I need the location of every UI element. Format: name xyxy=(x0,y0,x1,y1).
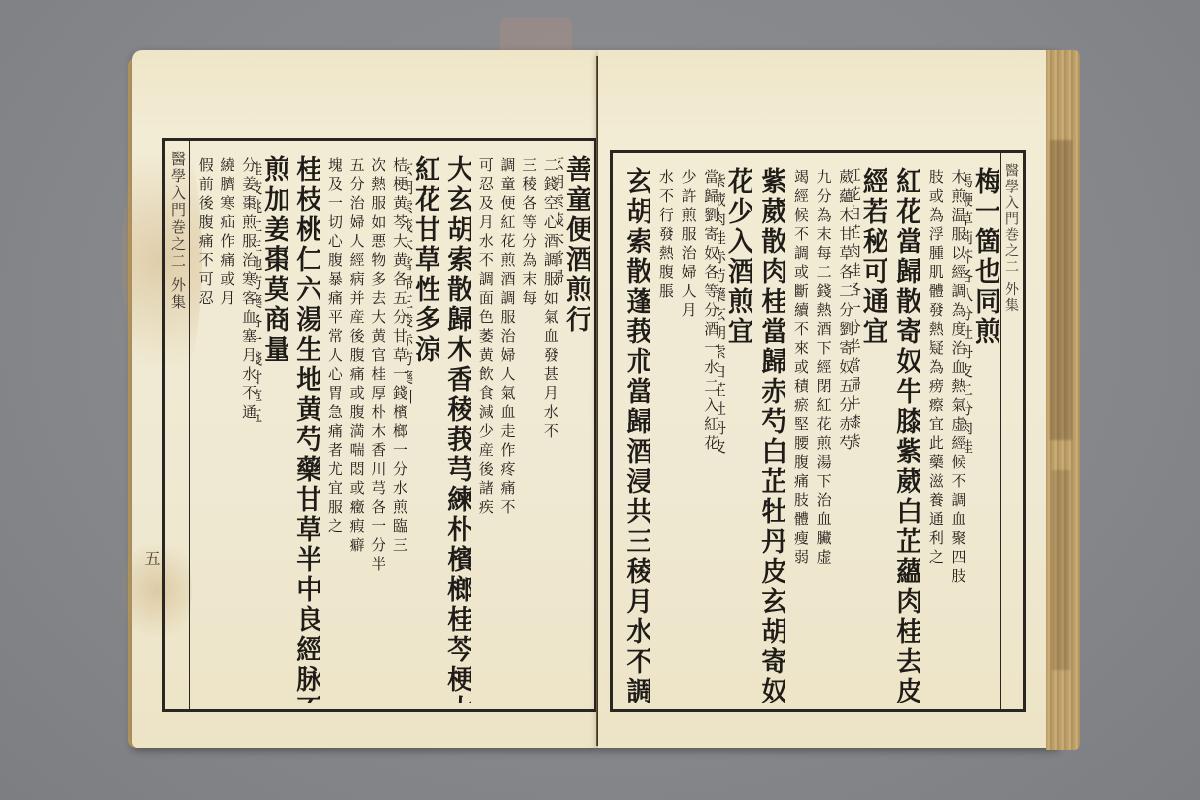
text-column: 水不行發熱腹脹 xyxy=(650,159,673,703)
column-note-text: 紅花白芷肉桂各一分半當歸牛膝紫 xyxy=(853,167,860,703)
text-column: 木煎温服以經調為度治血熱氣虚經候不調血聚四肢 xyxy=(943,159,966,703)
text-column: 紅花當歸散寄奴牛膝紫葳白芷蘊肉桂去皮甘草芍月 xyxy=(887,159,921,703)
column-main-text: 善童便酒煎行 xyxy=(563,155,590,703)
column-note-text: 分姜棗煎服治寒客血塞月水不通 xyxy=(241,157,256,703)
column-main-text: 紅花當歸散寄奴牛膝紫葳白芷蘊肉桂去皮甘草芍月 xyxy=(893,167,920,703)
column-note-text: 當歸劉寄奴各等分酒一水二入紅花 xyxy=(703,169,718,703)
text-column: 少許煎服治婦人月 xyxy=(673,159,696,703)
column-note-text: 水不行發熱腹脹 xyxy=(658,169,673,703)
text-column: 三稜各等分為末每 xyxy=(515,147,537,703)
text-column: 紫葳散肉桂當歸赤芍白芷牡丹皮玄胡寄奴皆等分紅 xyxy=(752,159,786,703)
text-column: 九分為末每二錢熱酒下經閉紅花煎湯下治血臟虚 xyxy=(808,159,831,703)
column-note-text: 繞臍寒疝作痛或月 xyxy=(219,157,234,703)
text-column: 肢或為浮腫肌體發熱疑為痨瘵宜此藥滋養通利之 xyxy=(920,159,943,703)
text-column: 二錢空心酒調服如氣血發甚月水不 xyxy=(536,147,558,703)
left-page-number: 五 xyxy=(140,550,163,566)
column-note-text: 可忍及月水不調面色萎黄飲食減少産後諸疾 xyxy=(478,157,493,703)
column-note-text: 假前後腹痛不可忍 xyxy=(198,157,213,703)
column-note-text: 玄胡索莪木當帰 xyxy=(558,155,563,703)
text-column: 假前後腹痛不可忍 xyxy=(191,147,213,703)
right-page-frame: 醫學入門巻之二 外集 梅一箇也同煎馬鞭草荊芥各八分牡丹皮二分肉桂木煎温服以經調為… xyxy=(610,150,1026,712)
column-note-text: 少許煎服治婦人月 xyxy=(681,169,696,703)
left-page: 醫學入門巻之二 外集 善童便酒煎行玄胡索莪木當帰二錢空心酒調服如氣血發甚月水不三… xyxy=(132,50,598,748)
column-note-text: 竭經候不調或斷續不來或積瘀堅腰腹痛肢體瘦弱 xyxy=(793,169,808,703)
column-main-text: 紫葳散肉桂當歸赤芍白芷牡丹皮玄胡寄奴皆等分紅 xyxy=(758,167,785,703)
text-column: 善童便酒煎行玄胡索莪木當帰 xyxy=(558,147,590,703)
left-page-frame: 醫學入門巻之二 外集 善童便酒煎行玄胡索莪木當帰二錢空心酒調服如氣血發甚月水不三… xyxy=(162,138,596,712)
text-column: 大玄胡索散歸木香稜莪芎練朴檳榔桂芩梗大黄藥 xyxy=(439,147,471,703)
left-page-text: 善童便酒煎行玄胡索莪木當帰二錢空心酒調服如氣血發甚月水不三稜各等分為末每調童便紅… xyxy=(191,147,590,703)
column-note-text: 木煎温服以經調為度治血熱氣虚經候不調血聚四肢 xyxy=(950,169,965,703)
text-column: 經若秘可通宜紅花白芷肉桂各一分半當歸牛膝紫 xyxy=(853,159,887,703)
text-column: 煎加姜棗莫商量桂枝桃仁生地芍藥各一錢甘草五 xyxy=(256,147,288,703)
column-main-text: 花少入酒煎宜 xyxy=(725,167,752,703)
text-column: 紅花甘草性多涼玄胡索莪木當帰三稜赤芍藥川 xyxy=(407,147,439,703)
column-main-text: 桂枝桃仁六湯生地黄芍藥甘草半中良經脉不通繞臍痛 xyxy=(293,155,320,703)
column-note-text: 葳蘊木甘草各二分劉寄奴五分赤芍 xyxy=(838,169,853,703)
text-column: 繞臍寒疝作痛或月 xyxy=(213,147,235,703)
column-main-text: 煎加姜棗莫商量 xyxy=(261,155,288,703)
column-note-text: 塊及一切心腹暴痛平常人心胃急痛者尤宜服之 xyxy=(327,157,342,703)
text-column: 花少入酒煎宜紫葳肉桂赤芍藥玄胡索白芷牡丹皮 xyxy=(718,159,752,703)
column-note-text: 三稜各等分為末每 xyxy=(521,157,536,703)
column-note-text: 玄胡索莪木當帰三稜赤芍藥川 xyxy=(407,155,412,703)
column-note-text: 次熱服如悪物多去大黄官桂厚朴木香川芎各一分半 xyxy=(370,157,385,703)
column-note-text: 五分治婦人經病并産後腹痛或腹満喘悶或癥瘕癖 xyxy=(349,157,364,703)
column-note-text: 肢或為浮腫肌體發熱疑為痨瘵宜此藥滋養通利之 xyxy=(928,169,943,703)
column-main-text: 玄胡索散蓬莪朮當歸酒浸共三稜月水不調紅花使更 xyxy=(623,167,650,703)
left-margin-title: 醫學入門巻之二 外集 xyxy=(167,143,189,707)
right-page-edge xyxy=(1046,50,1080,750)
text-column: 分姜棗煎服治寒客血塞月水不通 xyxy=(234,147,256,703)
column-note-text: 馬鞭草荊芥各八分牡丹皮二分肉桂 xyxy=(965,167,972,703)
right-page-text: 梅一箇也同煎馬鞭草荊芥各八分牡丹皮二分肉桂木煎温服以經調為度治血熱氣虚經候不調血… xyxy=(617,159,999,703)
column-main-text: 梅一箇也同煎 xyxy=(972,167,999,703)
right-page: 醫學入門巻之二 外集 梅一箇也同煎馬鞭草荊芥各八分牡丹皮二分肉桂木煎温服以經調為… xyxy=(598,50,1060,748)
column-note-text: 桂枝桃仁生地芍藥各一錢甘草五 xyxy=(256,155,261,703)
right-margin-title: 醫學入門巻之二 外集 xyxy=(1001,155,1021,707)
column-note-text: 紫葳肉桂赤芍藥玄胡索白芷牡丹皮 xyxy=(718,167,725,703)
text-column: 次熱服如悪物多去大黄官桂厚朴木香川芎各一分半 xyxy=(364,147,386,703)
text-column: 塊及一切心腹暴痛平常人心胃急痛者尤宜服之 xyxy=(320,147,342,703)
text-column: 桔梗黄芩大黄各五分甘草一錢檳榔一分水煎臨三 xyxy=(385,147,407,703)
text-column: 竭經候不調或斷續不來或積瘀堅腰腹痛肢體瘦弱 xyxy=(785,159,808,703)
column-note-text: 調童便紅花煎酒調服治婦人氣血走作疼痛不 xyxy=(500,157,515,703)
text-column: 玄胡索散蓬莪朮當歸酒浸共三稜月水不調紅花使更 xyxy=(617,159,651,703)
column-note-text: 二錢空心酒調服如氣血發甚月水不 xyxy=(543,157,558,703)
text-column: 當歸劉寄奴各等分酒一水二入紅花 xyxy=(696,159,719,703)
column-note-text: 桔梗黄芩大黄各五分甘草一錢檳榔一分水煎臨三 xyxy=(392,157,407,703)
open-book: 醫學入門巻之二 外集 善童便酒煎行玄胡索莪木當帰二錢空心酒調服如氣血發甚月水不三… xyxy=(128,50,1078,750)
column-main-text: 經若秘可通宜 xyxy=(860,167,887,703)
column-main-text: 大玄胡索散歸木香稜莪芎練朴檳榔桂芩梗大黄藥 xyxy=(444,155,471,703)
column-main-text: 紅花甘草性多涼 xyxy=(412,155,439,703)
text-column: 調童便紅花煎酒調服治婦人氣血走作疼痛不 xyxy=(493,147,515,703)
text-column: 五分治婦人經病并産後腹痛或腹満喘悶或癥瘕癖 xyxy=(342,147,364,703)
text-column: 葳蘊木甘草各二分劉寄奴五分赤芍 xyxy=(831,159,854,703)
column-note-text: 九分為末每二錢熱酒下經閉紅花煎湯下治血臟虚 xyxy=(816,169,831,703)
text-column: 梅一箇也同煎馬鞭草荊芥各八分牡丹皮二分肉桂 xyxy=(965,159,999,703)
text-column: 可忍及月水不調面色萎黄飲食減少産後諸疾 xyxy=(471,147,493,703)
text-column: 桂枝桃仁六湯生地黄芍藥甘草半中良經脉不通繞臍痛 xyxy=(288,147,320,703)
